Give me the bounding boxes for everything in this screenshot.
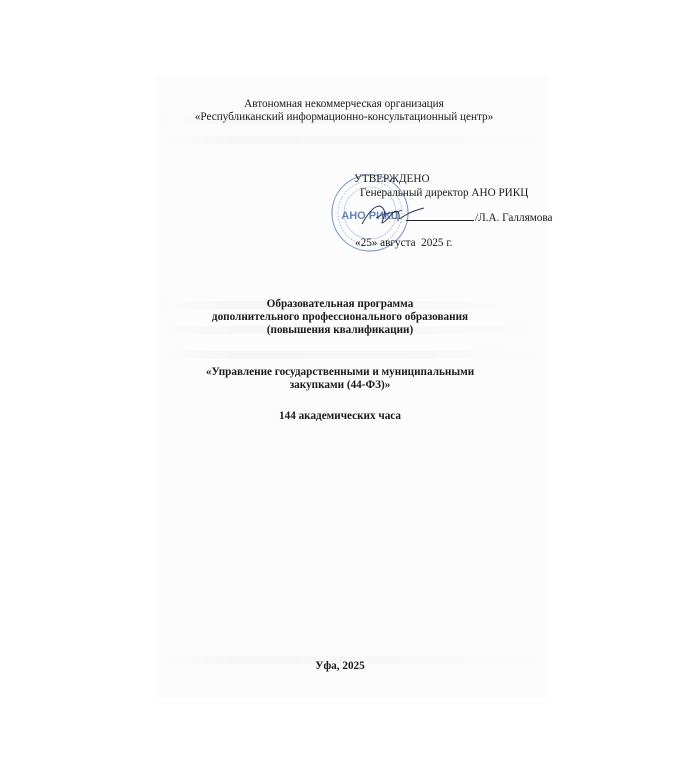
bleed-through	[155, 351, 549, 359]
organization-line-1: Автономная некоммерческая организация	[4, 98, 680, 111]
bleed-through	[155, 136, 549, 144]
course-title-line-1: «Управление государственными и муниципал…	[0, 366, 680, 379]
program-title-line-1: Образовательная программа	[0, 298, 680, 311]
course-hours: 144 академических часа	[0, 410, 680, 423]
organization-line-2: «Республиканский информационно-консульта…	[4, 111, 680, 124]
program-title-line-2: дополнительного профессионального образо…	[0, 311, 680, 324]
signature-line	[406, 220, 474, 221]
signature-row: /Л.А. Галлямова	[350, 212, 497, 225]
signer-name: /Л.А. Галлямова	[475, 212, 553, 224]
city-year: Уфа, 2025	[0, 660, 680, 673]
program-title-line-3: (повышения квалификации)	[0, 324, 680, 337]
approval-label: УТВЕРЖДЕНО	[354, 173, 430, 186]
course-title-line-2: закупками (44-ФЗ)»	[0, 379, 680, 392]
approver-position: Генеральный директор АНО РИКЦ	[360, 187, 528, 200]
approval-date: «25» августа 2025 г.	[355, 237, 452, 250]
